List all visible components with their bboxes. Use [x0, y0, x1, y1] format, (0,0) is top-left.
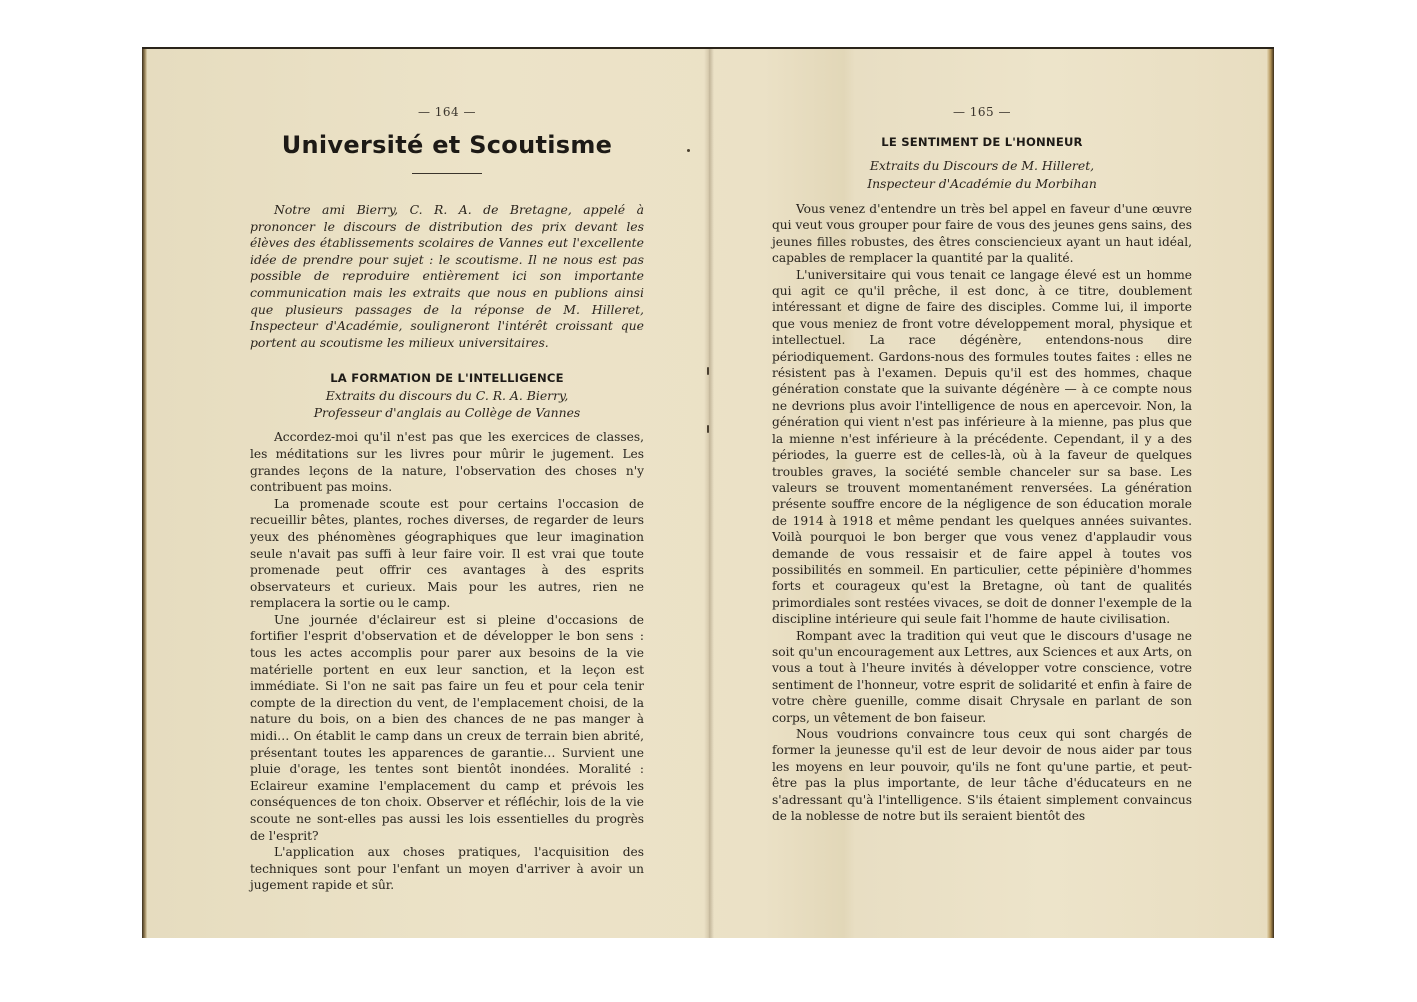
left-page: — 164 — Université et Scoutisme Notre am…: [250, 49, 644, 938]
paragraph: L'universitaire qui vous tenait ce langa…: [772, 267, 1192, 628]
byline-line: Inspecteur d'Académie du Morbihan: [772, 175, 1192, 193]
book-spread: — 164 — Université et Scoutisme Notre am…: [142, 47, 1274, 938]
byline-line: Professeur d'anglais au Collège de Vanne…: [250, 404, 644, 421]
paragraph: Vous venez d'entendre un très bel appel …: [772, 201, 1192, 267]
paragraph: Accordez-moi qu'il n'est pas que les exe…: [250, 429, 644, 495]
section-byline: Extraits du discours du C. R. A. Bierry,…: [250, 387, 644, 421]
paper-speck: [707, 367, 709, 375]
article-title: Université et Scoutisme: [250, 131, 644, 159]
page-edge-right: [1267, 49, 1274, 938]
byline-line: Extraits du Discours de M. Hilleret,: [772, 157, 1192, 175]
right-page: — 165 — LE SENTIMENT DE L'HONNEUR Extrai…: [772, 49, 1192, 938]
paragraph: Nous voudrions convaincre tous ceux qui …: [772, 726, 1192, 824]
paragraph: L'application aux choses pratiques, l'ac…: [250, 844, 644, 894]
section-byline: Extraits du Discours de M. Hilleret, Ins…: [772, 157, 1192, 193]
section-heading: LE SENTIMENT DE L'HONNEUR: [772, 135, 1192, 149]
page-number: — 165 —: [772, 105, 1192, 119]
body-text: Accordez-moi qu'il n'est pas que les exe…: [250, 429, 644, 894]
paragraph: Une journée d'éclaireur est si pleine d'…: [250, 612, 644, 844]
paragraph: La promenade scoute est pour certains l'…: [250, 496, 644, 612]
paragraph: Rompant avec la tradition qui veut que l…: [772, 628, 1192, 726]
title-divider: [412, 173, 482, 174]
paper-speck: [707, 425, 709, 433]
paper-speck: [687, 149, 690, 152]
book-spine: [704, 49, 714, 938]
page-number: — 164 —: [250, 105, 644, 119]
section-heading: LA FORMATION DE L'INTELLIGENCE: [250, 371, 644, 385]
page-edge-left: [142, 49, 147, 938]
byline-line: Extraits du discours du C. R. A. Bierry,: [250, 387, 644, 404]
body-text: Vous venez d'entendre un très bel appel …: [772, 201, 1192, 824]
intro-paragraph: Notre ami Bierry, C. R. A. de Bretagne, …: [250, 202, 644, 351]
